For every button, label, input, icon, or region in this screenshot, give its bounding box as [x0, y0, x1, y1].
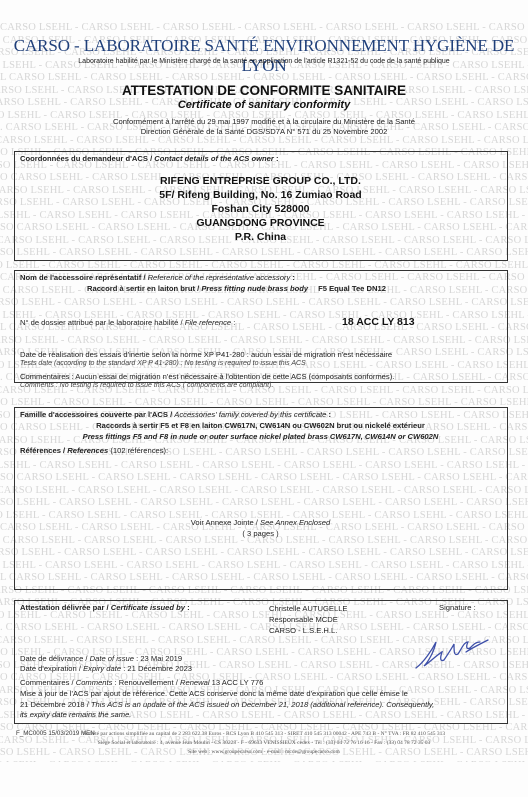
family-description-en: Press fittings F5 and F8 in nude or oute… — [15, 432, 506, 441]
footer-contact: Site web : www.groupecarso.com - e-mail … — [0, 749, 528, 755]
owner-province: GUANGDONG PROVINCE — [15, 216, 506, 230]
owner-company: RIFENG ENTREPRISE GROUP CO., LTD. — [15, 174, 506, 188]
annex-pages: ( 3 pages ) — [15, 529, 506, 538]
label-en: Accessories' family covered by this cert… — [174, 410, 326, 419]
label-fr: Commentaires / — [20, 678, 76, 687]
update-line-2-fr: 21 Décembre 2018 / — [20, 700, 91, 709]
label-suffix: : — [274, 154, 279, 163]
owner-address: RIFENG ENTREPRISE GROUP CO., LTD. 5F/ Ri… — [15, 174, 506, 244]
issue-section-label: Attestation délivrée par / Certificate i… — [20, 603, 190, 612]
issuer-name: Christelle AUTUGELLE — [269, 603, 348, 614]
tests-date-fr: Date de réalisation des essais d'inertie… — [20, 350, 392, 359]
update-line-2-en: This ACS is an update of the ACS issued … — [91, 700, 434, 709]
issuer-organization: CARSO - L.S.E.H.L. — [269, 625, 348, 636]
family-section-label: Famille d'accessoires couverte par l'ACS… — [20, 410, 331, 419]
label-fr: Références / — [20, 446, 67, 455]
label-en: Certificate issued by — [111, 603, 185, 612]
file-reference: 18 ACC LY 813 — [342, 316, 415, 328]
label-fr: N° de dossier attribué par le laboratoir… — [20, 318, 185, 327]
issue-date: Date de délivrance / Date of issue : 23 … — [20, 654, 182, 663]
expiry-date: Date d'expiration / Expiry date : 21 Déc… — [20, 664, 192, 673]
issue-date-value: : 23 Mai 2019 — [134, 654, 182, 663]
owner-section-label: Coordonnées du demandeur d'ACS / Contact… — [20, 154, 278, 163]
label-en: File reference — [185, 318, 231, 327]
accessory-section: Nom de l'accessoire représentatif / Refe… — [14, 270, 508, 383]
accessory-name-en: Press fitting nude brass body — [201, 284, 308, 293]
label-fr: Date de délivrance / — [20, 654, 90, 663]
signature-label: Signature : — [439, 603, 476, 612]
accessory-name-fr: Raccord à sertir en laiton brut / — [87, 284, 201, 293]
owner-country: P.R. China — [15, 230, 506, 244]
update-line-3: its expiry date remains the same. — [20, 710, 434, 721]
document-subtitle: Certificate of sanitary conformity — [0, 99, 528, 111]
annex-link[interactable]: Voir Annexe Jointe / See Annex Enclosed — [15, 518, 506, 527]
label-en: Comments — [76, 678, 113, 687]
owner-city: Foshan City 528000 — [15, 202, 506, 216]
expiry-date-value: : 21 Décembre 2023 — [121, 664, 192, 673]
accessory-model: F5 Equal Tee DN12 — [318, 284, 386, 293]
label-fr: Date d'expiration / — [20, 664, 83, 673]
label-fr: Attestation délivrée par / — [20, 603, 111, 612]
label-en: Contact details of the ACS owner — [154, 154, 274, 163]
label-suffix: : — [185, 603, 190, 612]
representative-accessory: Raccord à sertir en laiton brut / Press … — [87, 284, 386, 293]
label-suffix: : — [231, 318, 235, 327]
footer-company-info: Société par actions simplifiée au capita… — [0, 731, 528, 737]
label-en: References — [67, 446, 108, 455]
renewal-reference: 13 ACC LY 776 — [210, 678, 264, 687]
label-en: Date of issue — [90, 654, 134, 663]
label-suffix: : — [290, 273, 295, 282]
label-suffix: : — [326, 410, 331, 419]
label-fr: Coordonnées du demandeur d'ACS / — [20, 154, 154, 163]
label-en: Reference of the representative accessor… — [148, 273, 291, 282]
renewal-label-en: Renewal — [180, 678, 210, 687]
renewal-comments: Commentaires / Comments : Renouvellement… — [20, 678, 263, 687]
references-label: Références / References (102 références)… — [20, 446, 168, 455]
file-reference-label: N° de dossier attribué par le laboratoir… — [20, 318, 235, 327]
renewal-label-fr: : Renouvellement / — [112, 678, 180, 687]
annex-en: See Annex Enclosed — [260, 518, 330, 527]
document-title: ATTESTATION DE CONFORMITE SANITAIRE — [0, 83, 528, 98]
owner-section: Coordonnées du demandeur d'ACS / Contact… — [14, 151, 508, 261]
family-section: Famille d'accessoires couverte par l'ACS… — [14, 407, 508, 590]
label-fr: Nom de l'accessoire représentatif / — [20, 273, 148, 282]
references-count: (102 références): — [108, 446, 168, 455]
update-line-1: Mise à jour de l'ACS par ajout de référe… — [20, 689, 434, 700]
annex-fr: Voir Annexe Jointe / — [191, 518, 260, 527]
decree-line-1: Conformément à l'arrêté du 29 mai 1997 m… — [0, 117, 528, 127]
tests-date-en: Tests date (according to the standard XP… — [20, 360, 306, 367]
laboratory-title: CARSO - LABORATOIRE SANTÉ ENVIRONNEMENT … — [0, 36, 528, 76]
issuer-role: Responsable MCDE — [269, 614, 348, 625]
comments-en: Comments : No testing is required to iss… — [20, 382, 273, 389]
family-description-fr: Raccords à sertir F5 et F8 en laiton CW6… — [15, 421, 506, 430]
decree-line-2: Direction Générale de la Santé DGS/SD7A … — [0, 127, 528, 137]
footer-address: Siège Social et laboratoire : 4, avenue … — [0, 740, 528, 746]
accessory-section-label: Nom de l'accessoire représentatif / Refe… — [20, 273, 295, 282]
laboratory-accreditation: Laboratoire habilité par le Ministère ch… — [0, 58, 528, 65]
update-note: Mise à jour de l'ACS par ajout de référe… — [20, 689, 434, 721]
owner-street: 5F/ Rifeng Building, No. 16 Zumiao Road — [15, 188, 506, 202]
regulatory-reference: Conformément à l'arrêté du 29 mai 1997 m… — [0, 117, 528, 137]
issuer-details: Christelle AUTUGELLE Responsable MCDE CA… — [269, 603, 348, 636]
label-en: Expiry date — [83, 664, 121, 673]
signature-image — [410, 632, 490, 672]
label-fr: Famille d'accessoires couverte par l'ACS… — [20, 410, 174, 419]
comments-fr: Commentaires : Aucun essai de migration … — [20, 372, 394, 381]
